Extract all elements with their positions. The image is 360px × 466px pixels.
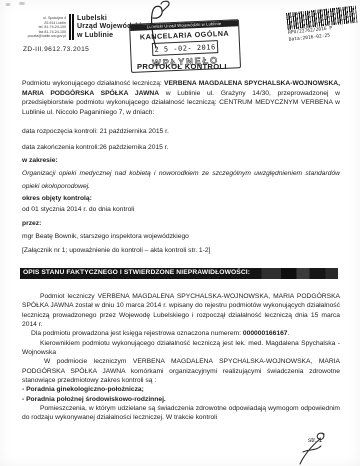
scope-text: Organizacji opieki medycznej nad kobietą… xyxy=(22,167,340,193)
pencil-mark xyxy=(4,3,12,6)
case-reference-number: ZD-III.9612.73.2015 xyxy=(23,46,89,53)
findings-paragraph: Podmiot leczniczy VERBENA MAGDALENA SPYC… xyxy=(22,292,340,329)
period-text: od 01 stycznia 2014 r. do dnia kontroli xyxy=(22,206,340,213)
registry-number: 000000166167 xyxy=(243,330,288,337)
office-name-line: Lubelski xyxy=(77,15,142,23)
control-end-date: data zakończenia kontroli:26 październik… xyxy=(22,144,340,151)
findings-body: Podmiot leczniczy VERBENA MAGDALENA SPYC… xyxy=(22,292,340,423)
letterhead-divider-bar xyxy=(69,14,72,40)
letterhead-address: ul. Spokojna 4 20-914 Lublin tel. 81-74-… xyxy=(20,14,69,39)
findings-paragraph: Dla podmiotu prowadzona jest księga reje… xyxy=(22,329,340,338)
address-line: poczta@lublin.uw.gov.pl xyxy=(20,34,66,39)
findings-paragraph: W podmiocie leczniczym VERBENA MAGDALENA… xyxy=(22,357,340,385)
handwritten-loop xyxy=(140,4,170,50)
pencil-mark xyxy=(17,2,27,5)
handwritten-paraph xyxy=(294,430,330,466)
findings-section-header: OPIS STANU FAKTYCZNEGO I STWIERDZONE NIE… xyxy=(20,268,338,279)
stamp-received-label: WPŁYNĘŁO xyxy=(132,54,240,69)
intro-text: Podmiotu wykonującego działalność leczni… xyxy=(22,80,164,87)
inspector-name: mgr Beatę Bownik, starszego inspektora w… xyxy=(22,233,340,240)
barcode-label: RPU/22762/2016 P Data:2016-02-25 xyxy=(286,5,360,43)
clinic-list-item: - Poradnia położnej środowiskowo-rodzinn… xyxy=(22,395,340,404)
period-label: okres objęty kontrolą: xyxy=(22,195,340,202)
clinic-list-item: - Poradnia ginekologiczno-położnicza; xyxy=(22,385,340,394)
scope-label: w zakresie: xyxy=(22,157,340,164)
registry-text: Dla podmiotu prowadzona jest księga reje… xyxy=(31,330,243,337)
letterhead: ul. Spokojna 4 20-914 Lublin tel. 81-74-… xyxy=(20,14,142,40)
inspector-label: przez: xyxy=(22,220,340,227)
findings-paragraph: Pomieszczenia, w którym udzielane są świ… xyxy=(22,404,340,423)
findings-paragraph: Kierownikiem podmiotu wykonującego dział… xyxy=(22,339,340,358)
registry-text: . xyxy=(288,330,290,337)
scanned-document-page: ul. Spokojna 4 20-914 Lublin tel. 81-74-… xyxy=(0,0,360,466)
attachment-note: [Załącznik nr 1; upoważnienie do kontrol… xyxy=(22,247,340,254)
intro-paragraph: Podmiotu wykonującego działalność leczni… xyxy=(22,79,340,118)
control-start-date: data rozpoczęcia kontroli: 21 październi… xyxy=(22,128,340,135)
